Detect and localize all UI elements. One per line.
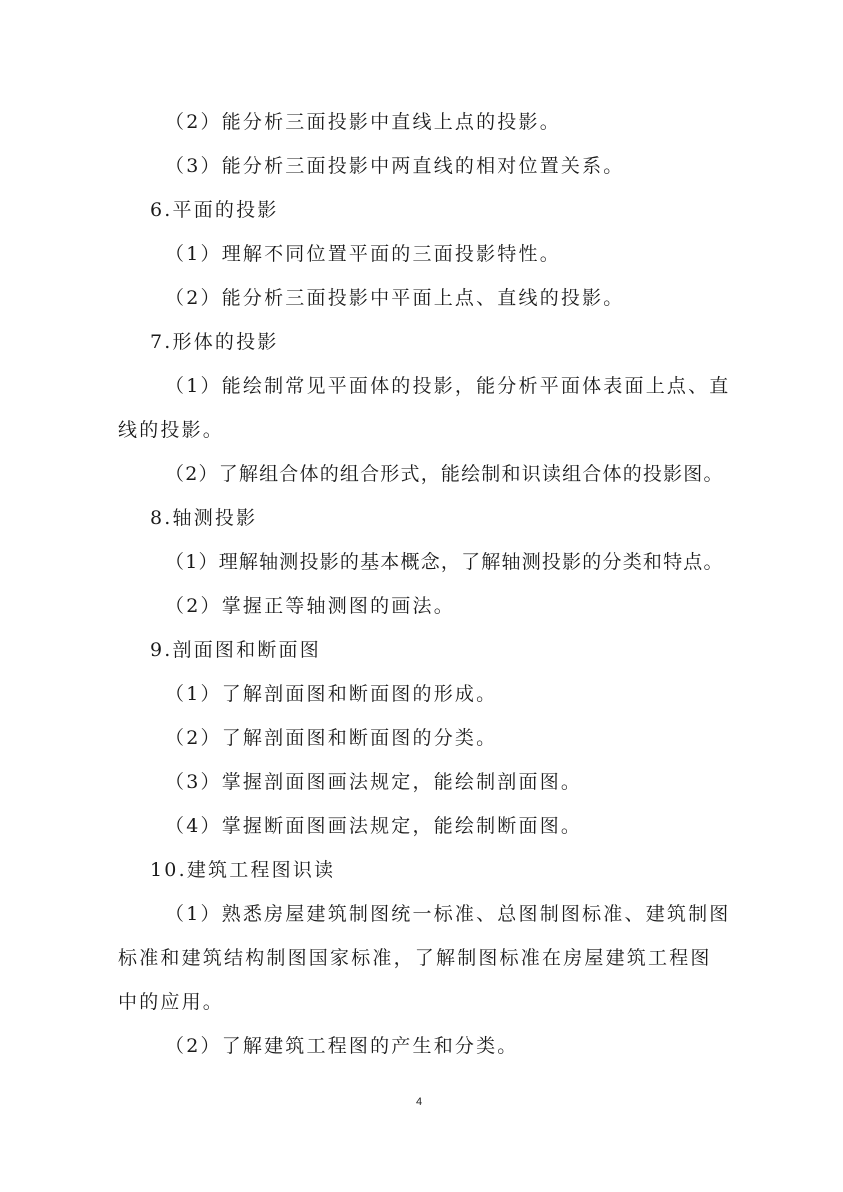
list-item: （2）了解组合体的组合形式，能绘制和识读组合体的投影图。: [165, 462, 724, 486]
list-item: （2）能分析三面投影中直线上点的投影。: [165, 110, 561, 134]
section-heading: 8.轴测投影: [150, 506, 257, 530]
section-heading: 10.建筑工程图识读: [150, 858, 335, 882]
list-item: （1）能绘制常见平面体的投影，能分析平面体表面上点、直: [165, 374, 731, 398]
list-item: （1）了解剖面图和断面图的形成。: [165, 682, 497, 706]
section-heading: 6.平面的投影: [150, 198, 279, 222]
list-item: （3）能分析三面投影中两直线的相对位置关系。: [165, 154, 625, 178]
list-item-continuation: 线的投影。: [118, 418, 224, 442]
list-item: （1）理解不同位置平面的三面投影特性。: [165, 242, 561, 266]
list-item-continuation: 中的应用。: [118, 990, 224, 1014]
list-item-continuation: 标准和建筑结构制图国家标准，了解制图标准在房屋建筑工程图: [118, 946, 712, 970]
page-number: 4: [416, 1096, 422, 1108]
list-item: （1）熟悉房屋建筑制图统一标准、总图制图标准、建筑制图: [165, 902, 731, 926]
list-item: （2）了解建筑工程图的产生和分类。: [165, 1034, 519, 1058]
list-item: （1）理解轴测投影的基本概念，了解轴测投影的分类和特点。: [165, 550, 724, 574]
list-item: （2）能分析三面投影中平面上点、直线的投影。: [165, 286, 625, 310]
list-item: （2）掌握正等轴测图的画法。: [165, 594, 455, 618]
list-item: （3）掌握剖面图画法规定，能绘制剖面图。: [165, 770, 582, 794]
section-heading: 7.形体的投影: [150, 330, 279, 354]
list-item: （4）掌握断面图画法规定，能绘制断面图。: [165, 814, 582, 838]
list-item: （2）了解剖面图和断面图的分类。: [165, 726, 497, 750]
section-heading: 9.剖面图和断面图: [150, 638, 321, 662]
